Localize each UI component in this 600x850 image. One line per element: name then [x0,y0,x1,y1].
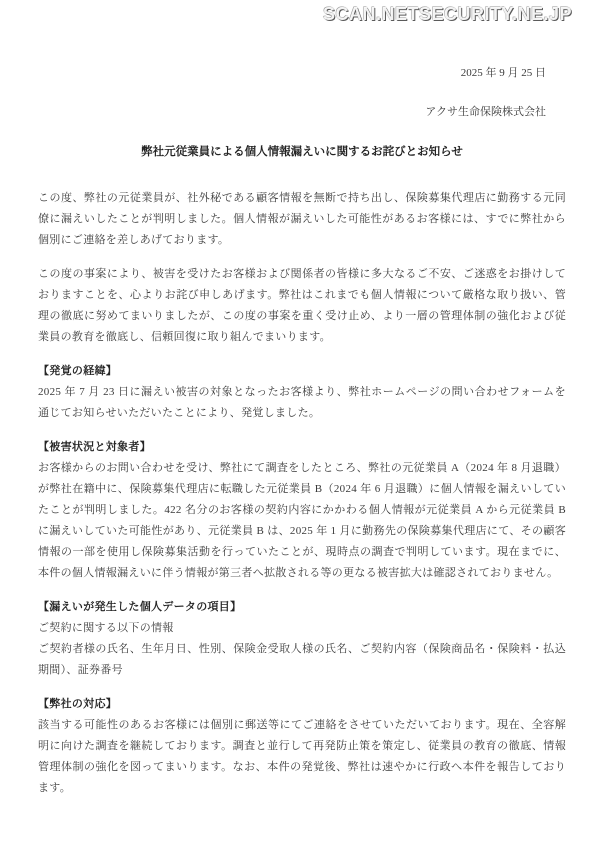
intro-paragraph-2: この度の事案により、被害を受けたお客様および関係者の皆様に多大なるご不安、ご迷惑… [38,264,566,348]
section-discovery-text: 2025 年 7 月 23 日に漏えい被害の対象となったお客様より、弊社ホームペ… [38,382,566,424]
document-body: 2025 年 9 月 25 日 アクサ生命保険株式会社 弊社元従業員による個人情… [38,0,566,799]
document-title: 弊社元従業員による個人情報漏えいに関するお詫びとお知らせ [38,144,566,160]
section-damage-status: 【被害状況と対象者】 お客様からのお問い合わせを受け、弊社にて調査をしたところ、… [38,437,566,584]
section-leaked-data-items: 【漏えいが発生した個人データの項目】 ご契約に関する以下の情報 ご契約者様の氏名… [38,597,566,681]
document-date: 2025 年 9 月 25 日 [38,66,566,81]
section-discovery: 【発覚の経緯】 2025 年 7 月 23 日に漏えい被害の対象となったお客様よ… [38,361,566,424]
section-company-response-heading: 【弊社の対応】 [38,694,566,715]
section-company-response-text: 該当する可能性のあるお客様には個別に郵送等にてご連絡をさせていただいております。… [38,715,566,799]
intro-paragraph-1: この度、弊社の元従業員が、社外秘である顧客情報を無断で持ち出し、保険募集代理店に… [38,188,566,251]
section-company-response: 【弊社の対応】 該当する可能性のあるお客様には個別に郵送等にてご連絡をさせていた… [38,694,566,799]
section-leaked-data-items-list: ご契約者様の氏名、生年月日、性別、保険金受取人様の氏名、ご契約内容（保険商品名・… [38,639,566,681]
section-damage-status-text: お客様からのお問い合わせを受け、弊社にて調査をしたところ、弊社の元従業員 A（2… [38,458,566,584]
company-name: アクサ生命保険株式会社 [38,105,566,120]
section-damage-status-heading: 【被害状況と対象者】 [38,437,566,458]
document-text: この度、弊社の元従業員が、社外秘である顧客情報を無断で持ち出し、保険募集代理店に… [38,188,566,799]
section-leaked-data-items-heading: 【漏えいが発生した個人データの項目】 [38,597,566,618]
document-page: SCAN.NETSECURITY.NE.JP 2025 年 9 月 25 日 ア… [0,0,600,850]
section-leaked-data-items-intro: ご契約に関する以下の情報 [38,618,566,639]
section-discovery-heading: 【発覚の経緯】 [38,361,566,382]
